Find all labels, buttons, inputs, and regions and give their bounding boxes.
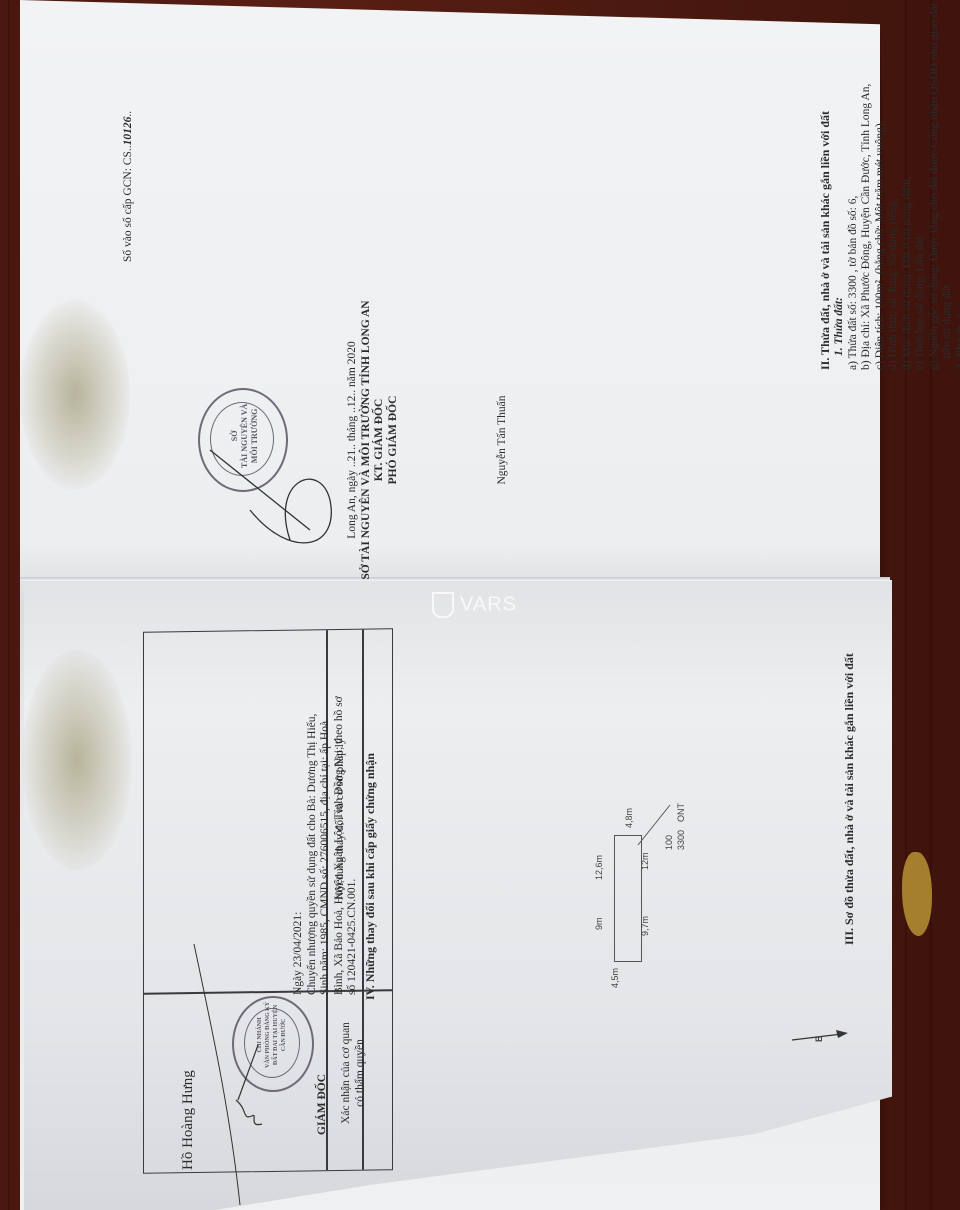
watermark: VARS [432, 592, 517, 618]
signer-name: Nguyễn Tấn Thuấn [496, 260, 510, 620]
land-line: đ) Mục đích sử dụng: Đất ở tại nông thôn… [901, 0, 915, 370]
section-ii: II. Thửa đất, nhà ở và tài sản khác gắn … [818, 0, 960, 370]
land-line: b) Địa chỉ: Xã Phước Đông, Huyện Cần Đướ… [860, 0, 874, 370]
land-heading: 1. Thửa đất: [833, 0, 847, 370]
confirm-role: GIÁM ĐỐC [316, 1074, 330, 1135]
land-line: tiền sử dụng đất [941, 0, 955, 370]
col-confirm-header: Xác nhận của cơ quan có thẩm quyền [340, 1018, 367, 1128]
paper-stain [22, 650, 132, 870]
land-line: c) Diện tích: 100m², (bằng chữ: Một trăm… [874, 0, 888, 370]
pen-line [190, 940, 250, 1210]
land-line: e) Thời hạn sử dụng: Lâu dài, [914, 0, 928, 370]
wood-stain [902, 852, 932, 936]
signer-role: PHÓ GIÁM ĐỐC [387, 260, 401, 620]
land-line: g) Nguồn gốc sử dụng: Được tặng cho đất … [928, 0, 942, 370]
parcel-outline [614, 835, 642, 962]
signature-block: Long An, ngày ..21.. tháng ..12.. năm 20… [346, 260, 510, 620]
section-iii-title: III. Sơ đồ thửa đất, nhà ở và tài sản kh… [842, 653, 857, 945]
land-line: a) Thửa đất số: 3300 , tờ bản đồ số: 6, [847, 0, 861, 370]
section-iv-title: IV. Những thay đổi sau khi cấp giấy chứn… [363, 753, 378, 1000]
north-arrow: B [790, 1028, 850, 1053]
signature-scribble [190, 420, 350, 580]
issuing-agency: SỞ TÀI NGUYÊN VÀ MÔI TRƯỜNG TỈNH LONG AN [360, 260, 374, 620]
item-house: 2. Nhà ở: -/- [955, 0, 960, 370]
land-line: d) Hình thức sử dụng: Sử dụng riêng, [887, 0, 901, 370]
watermark-logo-icon [432, 592, 454, 618]
section-ii-title: II. Thửa đất, nhà ở và tài sản khác gắn … [818, 0, 833, 370]
signer-kt: KT. GIÁM ĐỐC [373, 260, 387, 620]
paper-stain [20, 300, 130, 490]
change-entry: Ngày 23/04/2021: Chuyển nhượng quyền sử … [292, 696, 360, 995]
registry-number: Số vào sổ cấp GCN: CS..10126.. [122, 111, 136, 262]
